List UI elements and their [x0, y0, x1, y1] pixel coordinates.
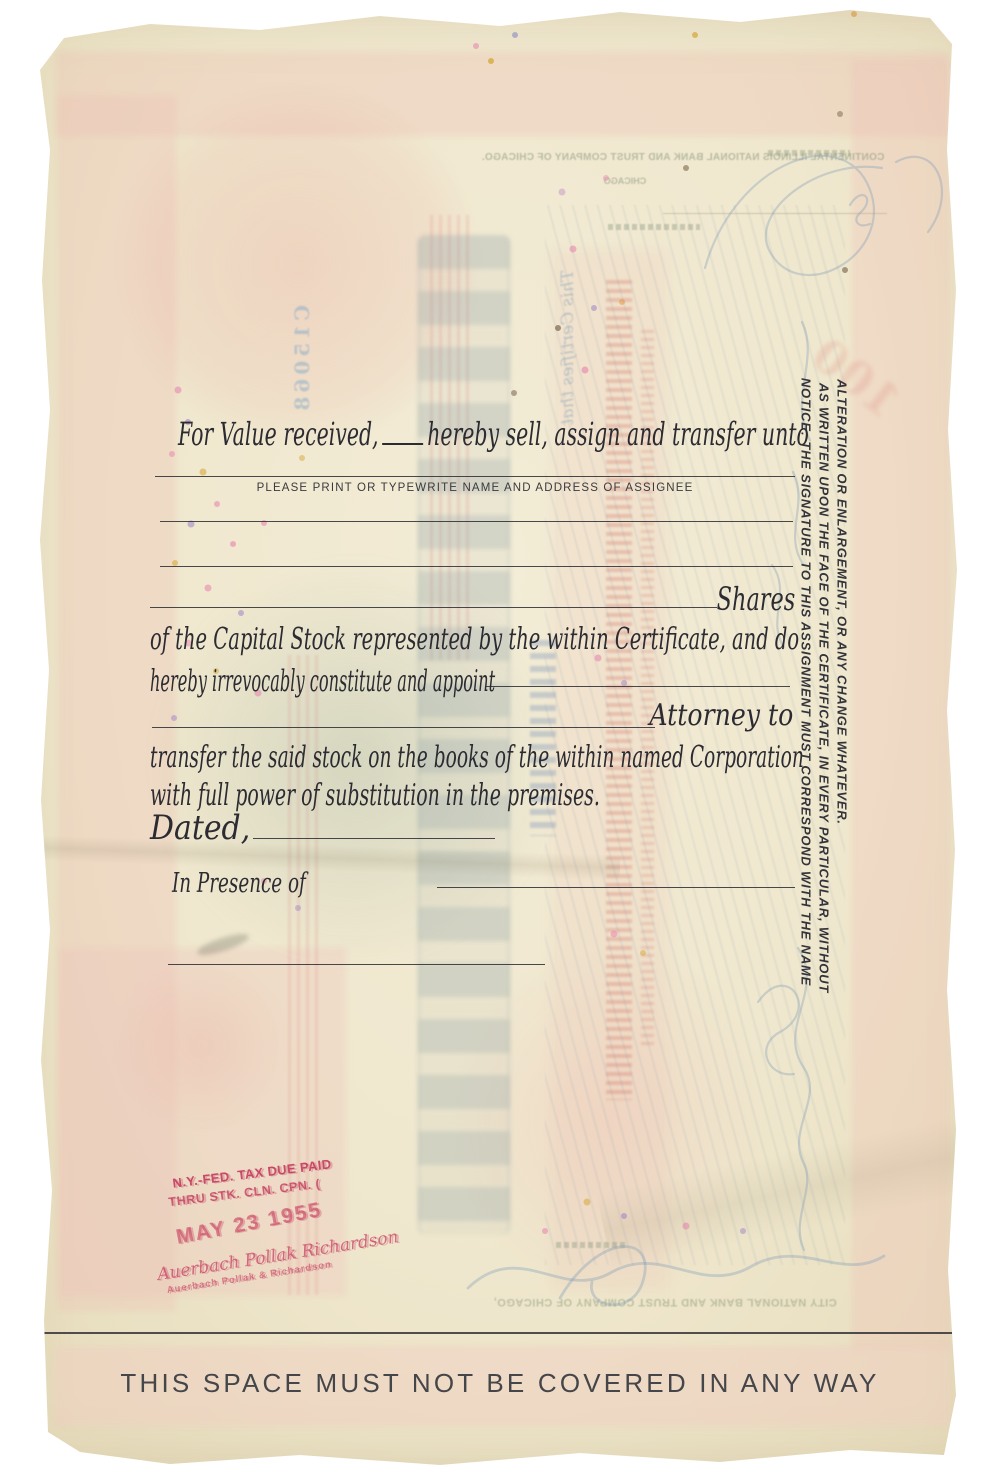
bleed-signature-rule [663, 213, 887, 214]
assignment-line-1-post: hereby sell, assign and transfer unto [427, 415, 809, 453]
assignment-body-3: transfer the said stock on the books of … [150, 740, 804, 775]
fill-in-rule [382, 439, 423, 445]
scanned-certificate-canvas: 100 100 CONTINENTAL ILLINOIS NATIONAL BA… [0, 0, 1000, 1480]
notice-line-1: NOTICE: THE SIGNATURE TO THIS ASSIGNMENT… [799, 378, 814, 986]
assignee-caption: PLEASE PRINT OR TYPEWRITE NAME AND ADDRE… [257, 482, 694, 494]
witness-rule [168, 964, 545, 965]
attorney-rule [152, 727, 655, 728]
assignment-body-1: of the Capital Stock represented by the … [150, 622, 799, 657]
certificate-back-paper: 100 100 CONTINENTAL ILLINOIS NATIONAL BA… [0, 0, 1000, 1480]
notice-line-2: AS WRITTEN UPON THE FACE OF THE CERTIFIC… [817, 383, 832, 993]
assignee-rule-3 [160, 566, 793, 567]
attorney-label: Attorney to [649, 698, 793, 733]
bleed-tiny-text-bottom [556, 1242, 628, 1248]
bleed-tiny-text-secretary [608, 224, 700, 230]
assignee-rule-1 [155, 476, 795, 477]
bleed-this-certifies-script: This Certifies that [558, 270, 578, 426]
bleed-tiny-text-top-right [768, 150, 850, 156]
bleed-medallion-bottom-left [112, 955, 292, 1135]
bleed-city-line: CHICAGO [604, 176, 647, 186]
notice-line-3: ALTERATION OR ENLARGEMENT, OR ANY CHANGE… [835, 379, 850, 825]
shares-label: Shares [716, 580, 795, 618]
bleed-serial-number: C15068 [290, 305, 314, 415]
presence-rule [437, 887, 795, 888]
presence-label: In Presence of [172, 868, 306, 899]
assignment-line-1-pre: For Value received, [178, 415, 379, 453]
assignee-rule-2 [160, 521, 793, 522]
dated-rule [253, 838, 495, 839]
bleed-registrar-line: CITY NATIONAL BANK AND TRUST COMPANY OF … [493, 1296, 836, 1308]
assignment-line-1: For Value received,hereby sell, assign a… [178, 415, 809, 453]
dated-label: Dated, [150, 808, 250, 848]
assignment-body-2: hereby irrevocably constitute and appoin… [150, 664, 495, 699]
footer-warning-text: THIS SPACE MUST NOT BE COVERED IN ANY WA… [120, 1368, 879, 1399]
appoint-rule [485, 686, 790, 687]
bleed-title-letters-column [418, 235, 510, 1235]
paper-confetti-speckles [0, 0, 4, 4]
shares-rule [150, 607, 717, 608]
footer-rule [42, 1332, 958, 1334]
